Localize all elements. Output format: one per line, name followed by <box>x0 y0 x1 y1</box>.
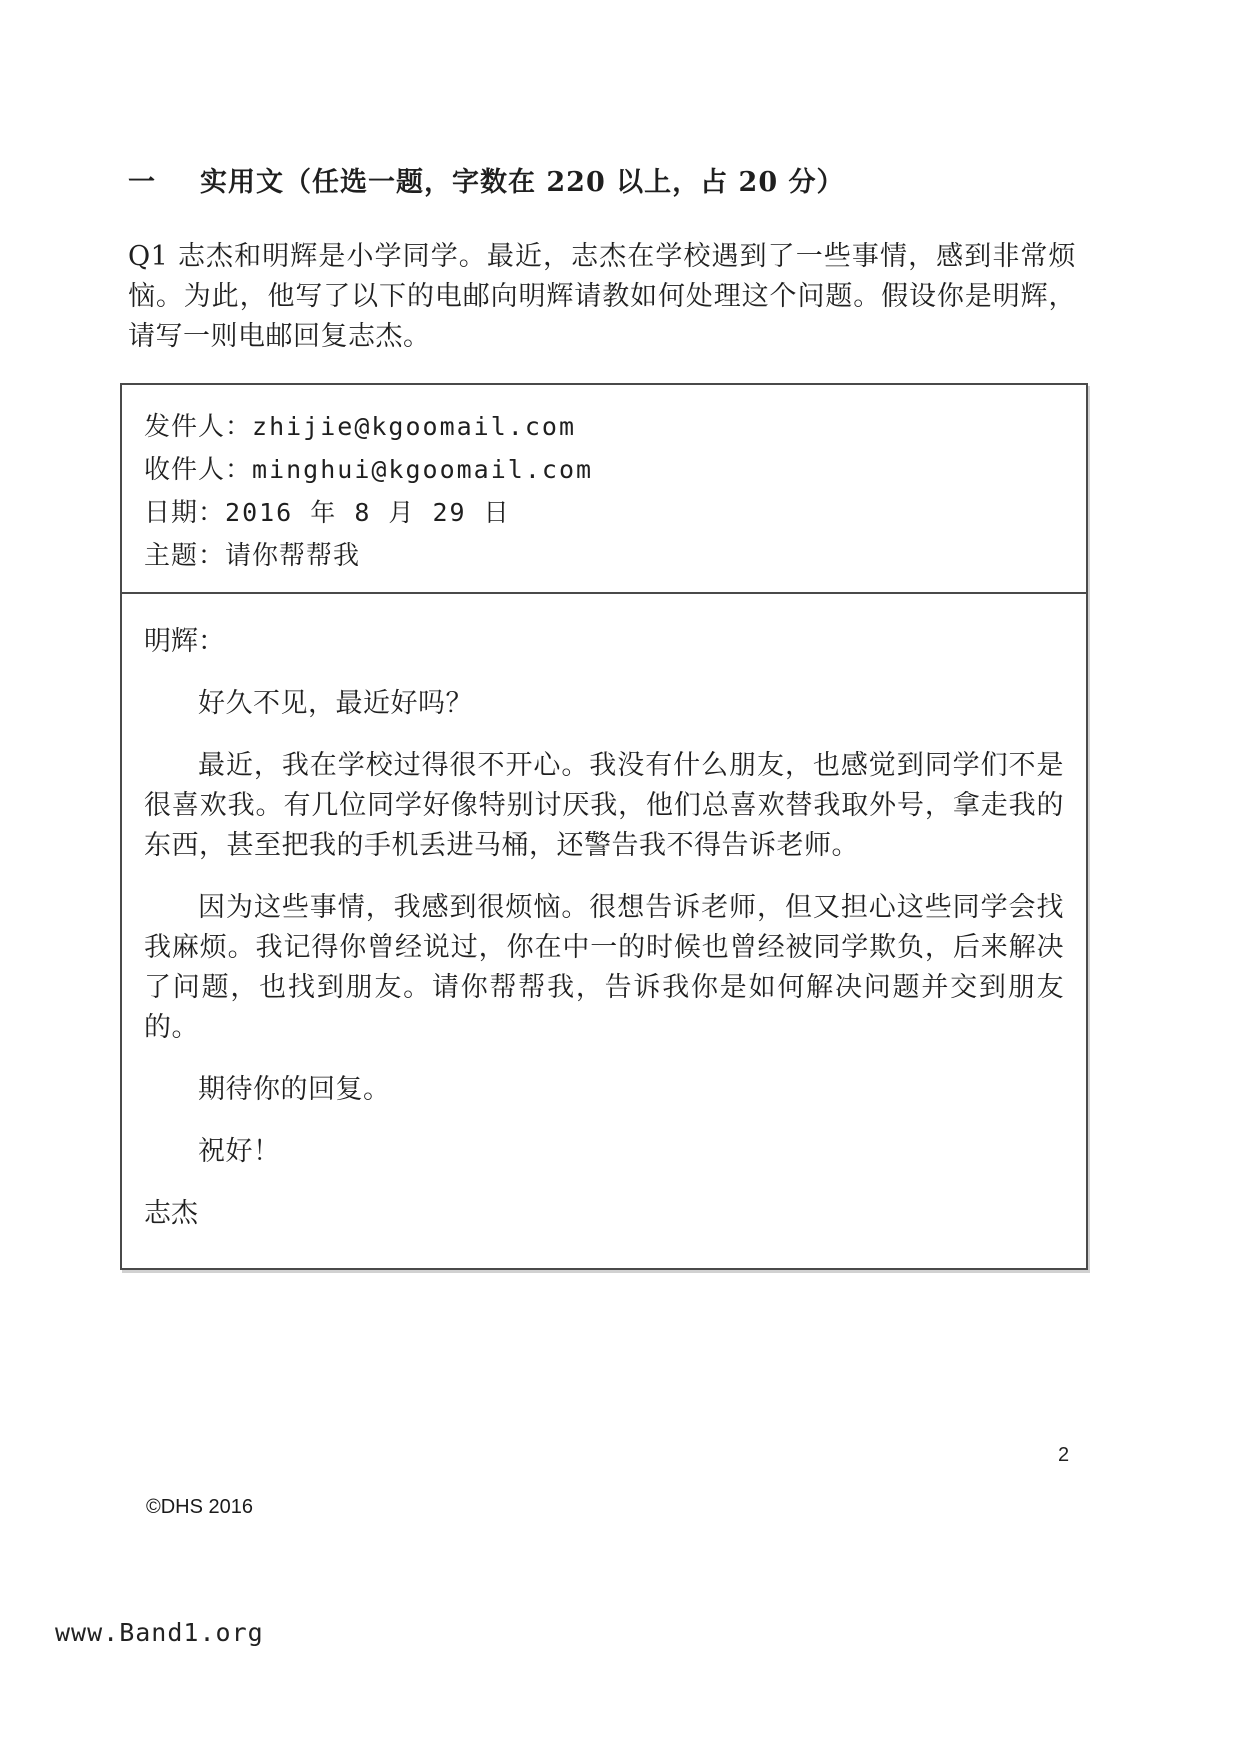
section-number: 一 <box>128 160 156 199</box>
email-paragraph: 因为这些事情，我感到很烦恼。很想告诉老师，但又担心这些同学会找我麻烦。我记得你曾… <box>144 888 1064 1048</box>
section-heading: 一 实用文（任选一题，字数在 220 以上，占 20 分） <box>128 160 1076 199</box>
question-text: Q1 志杰和明辉是小学同学。最近，志杰在学校遇到了一些事情，感到非常烦恼。为此，… <box>128 237 1076 357</box>
page-number: 2 <box>1058 1444 1069 1467</box>
email-to-label: 收件人： <box>144 455 252 485</box>
page-content: 一 实用文（任选一题，字数在 220 以上，占 20 分） Q1 志杰和明辉是小… <box>128 160 1076 1270</box>
site-watermark: www.Band1.org <box>55 1618 264 1647</box>
email-salutation: 明辉： <box>144 622 1064 662</box>
email-from-address: zhijie@kgoomail.com <box>252 412 576 441</box>
email-from-label: 发件人： <box>144 412 252 442</box>
email-date-label: 日期： <box>144 498 225 528</box>
email-to-address: minghui@kgoomail.com <box>252 455 593 484</box>
copyright-notice: ©DHS 2016 <box>146 1496 253 1519</box>
section-title: 实用文（任选一题，字数在 220 以上，占 20 分） <box>200 160 845 199</box>
email-subject-value: 请你帮帮我 <box>225 541 360 571</box>
email-subject-row: 主题：请你帮帮我 <box>144 541 1064 571</box>
email-header: 发件人：zhijie@kgoomail.com 收件人：minghui@kgoo… <box>122 385 1086 592</box>
email-paragraph: 期待你的回复。 <box>144 1070 1064 1110</box>
email-date-value: 2016 年 8 月 29 日 <box>225 498 511 527</box>
exam-paper-page: 一 实用文（任选一题，字数在 220 以上，占 20 分） Q1 志杰和明辉是小… <box>0 0 1239 1754</box>
email-signature: 志杰 <box>144 1194 1064 1234</box>
email-to-row: 收件人：minghui@kgoomail.com <box>144 455 1064 485</box>
email-paragraph: 祝好！ <box>144 1132 1064 1172</box>
email-date-row: 日期：2016 年 8 月 29 日 <box>144 498 1064 528</box>
email-paragraph: 好久不见，最近好吗？ <box>144 684 1064 724</box>
email-subject-label: 主题： <box>144 541 225 571</box>
email-paragraph: 最近，我在学校过得很不开心。我没有什么朋友，也感觉到同学们不是很喜欢我。有几位同… <box>144 746 1064 866</box>
email-box: 发件人：zhijie@kgoomail.com 收件人：minghui@kgoo… <box>120 383 1088 1270</box>
email-body: 明辉： 好久不见，最近好吗？ 最近，我在学校过得很不开心。我没有什么朋友，也感觉… <box>122 594 1086 1268</box>
email-from-row: 发件人：zhijie@kgoomail.com <box>144 412 1064 442</box>
